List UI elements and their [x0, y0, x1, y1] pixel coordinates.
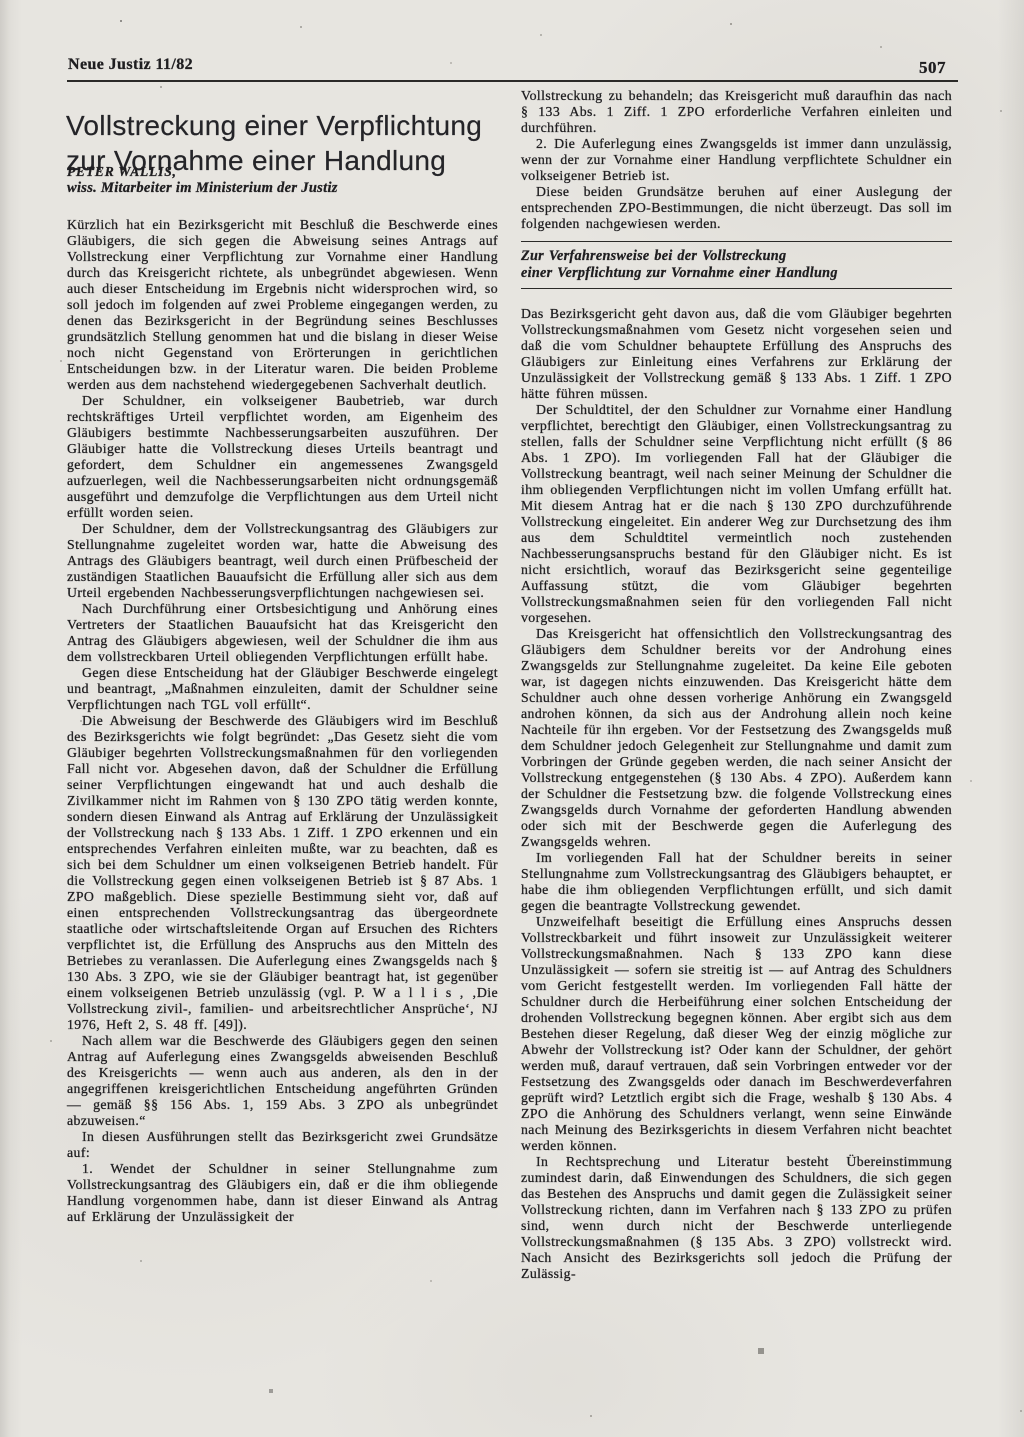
page-number: 507 — [919, 58, 946, 78]
body-paragraph: Die Abweisung der Beschwerde des Gläubig… — [67, 713, 498, 1033]
right-column: Vollstreckung zu behandeln; das Kreisger… — [521, 88, 952, 1388]
body-paragraph: 2. Die Auferlegung eines Zwangsgelds ist… — [521, 136, 952, 184]
body-paragraph: Nach allem war die Beschwerde des Gläubi… — [67, 1033, 498, 1129]
scan-noise — [120, 20, 122, 22]
article-title-line1: Vollstreckung einer Verpflichtung — [66, 108, 536, 143]
author-affiliation: wiss. Mitarbeiter im Ministerium der Jus… — [67, 180, 537, 197]
section-heading-line1: Zur Verfahrensweise bei der Vollstreckun… — [521, 248, 952, 265]
body-paragraph: Unzweifelhaft beseitigt die Erfüllung ei… — [521, 914, 952, 1154]
body-paragraph: Kürzlich hat ein Bezirksgericht mit Besc… — [67, 217, 498, 393]
body-paragraph: Das Kreisgericht hat offensichtlich den … — [521, 626, 952, 850]
body-paragraph: In Rechtsprechung und Literatur besteht … — [521, 1154, 952, 1282]
body-paragraph: Der Schuldner, ein volkseigener Baubetri… — [67, 393, 498, 521]
section-divider-top — [521, 241, 952, 242]
body-paragraph: Im vorliegenden Fall hat der Schuldner b… — [521, 850, 952, 914]
journal-page-scan: Neue Justiz 11/82 507 Vollstreckung eine… — [0, 0, 1024, 1437]
body-paragraph: Gegen diese Entscheidung hat der Gläubig… — [67, 665, 498, 713]
body-paragraph: Der Schuldtitel, der den Schuldner zur V… — [521, 402, 952, 626]
body-paragraph: In diesen Ausführungen stellt das Bezirk… — [67, 1129, 498, 1161]
section-heading-line2: einer Verpflichtung zur Vornahme einer H… — [521, 265, 952, 282]
body-paragraph: Nach Durchführung einer Ortsbesichtigung… — [67, 601, 498, 665]
journal-title: Neue Justiz 11/82 — [68, 56, 193, 74]
section-heading: Zur Verfahrensweise bei der Vollstreckun… — [521, 248, 952, 282]
body-paragraph: Vollstreckung zu behandeln; das Kreisger… — [521, 88, 952, 136]
author-name: PETER WALLIS, — [67, 164, 537, 180]
body-paragraph: 1. Wendet der Schuldner in seiner Stellu… — [67, 1161, 498, 1225]
left-column: Kürzlich hat ein Bezirksgericht mit Besc… — [67, 217, 498, 1377]
header-rule — [67, 80, 958, 82]
body-paragraph: Der Schuldner, dem der Vollstreckungsant… — [67, 521, 498, 601]
body-paragraph: Diese beiden Grundsätze beruhen auf eine… — [521, 184, 952, 232]
section-divider-bottom — [521, 288, 952, 289]
body-paragraph: Das Bezirksgericht geht davon aus, daß d… — [521, 306, 952, 402]
article-author: PETER WALLIS, wiss. Mitarbeiter im Minis… — [67, 164, 537, 197]
